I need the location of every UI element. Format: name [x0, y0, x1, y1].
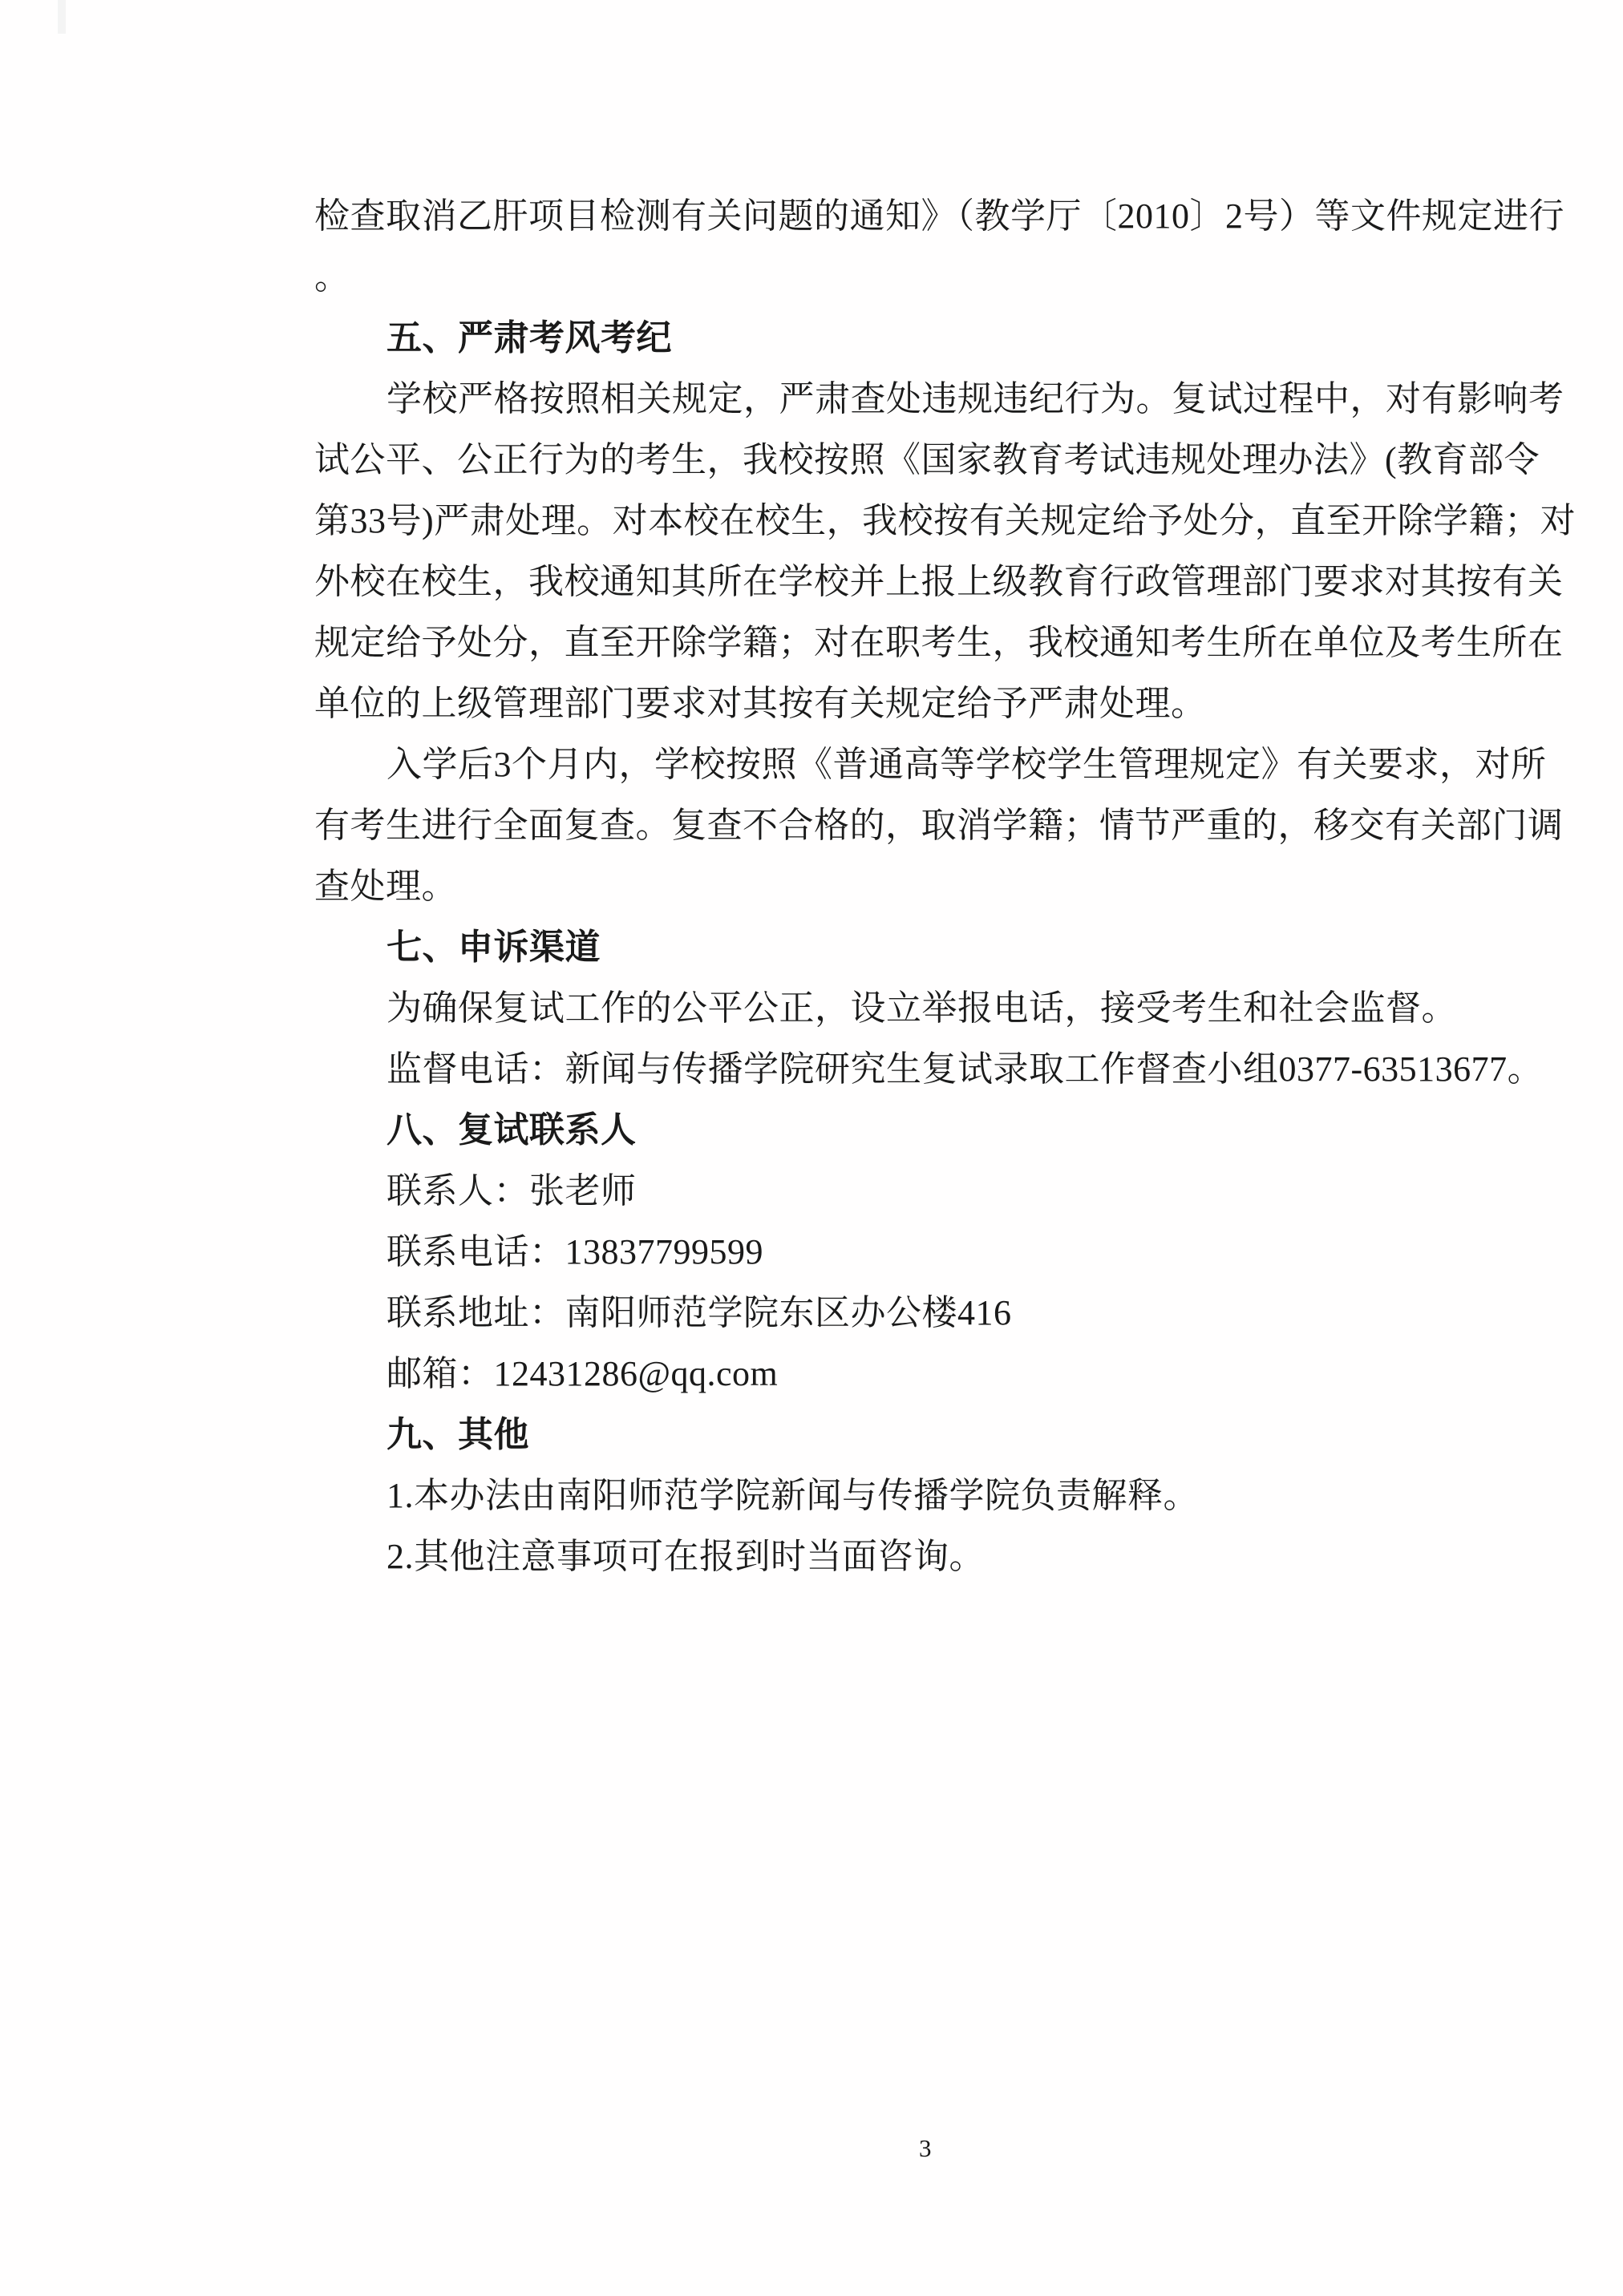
text-line: 监督电话：新闻与传播学院研究生复试录取工作督查小组0377-63513677。 [314, 1039, 1487, 1100]
text-line: 单位的上级管理部门要求对其按有关规定给予严肃处理。 [314, 673, 1487, 734]
text-line: 第33号)严肃处理。对本校在校生，我校按有关规定给予处分，直至开除学籍；对 [314, 491, 1487, 552]
text-line: 2.其他注意事项可在报到时当面咨询。 [314, 1526, 1487, 1587]
text-line: 联系电话：13837799599 [314, 1222, 1487, 1283]
text-line: 有考生进行全面复查。复查不合格的，取消学籍；情节严重的，移交有关部门调 [314, 795, 1487, 856]
text-line: 学校严格按照相关规定，严肃查处违规违纪行为。复试过程中，对有影响考 [314, 369, 1487, 430]
section-heading: 九、其他 [314, 1405, 1487, 1465]
text-line: 规定给予处分，直至开除学籍；对在职考生，我校通知考生所在单位及考生所在 [314, 612, 1487, 673]
scan-artifact [58, 0, 66, 34]
text-line: 查处理。 [314, 856, 1487, 917]
section-heading: 八、复试联系人 [314, 1100, 1487, 1161]
document-page: 检查取消乙肝项目检测有关问题的通知》（教学厅〔2010〕2号）等文件规定进行。五… [0, 0, 1623, 2296]
document-body: 检查取消乙肝项目检测有关问题的通知》（教学厅〔2010〕2号）等文件规定进行。五… [314, 186, 1487, 1587]
text-line: 为确保复试工作的公平公正，设立举报电话，接受考生和社会监督。 [314, 978, 1487, 1039]
text-line: 邮箱：12431286@qq.com [314, 1344, 1487, 1405]
text-line: 入学后3个月内，学校按照《普通高等学校学生管理规定》有关要求，对所 [314, 734, 1487, 795]
section-heading: 五、严肃考风考纪 [314, 308, 1487, 369]
page-number: 3 [919, 2134, 932, 2163]
text-line: 。 [314, 247, 1487, 308]
text-line: 外校在校生，我校通知其所在学校并上报上级教育行政管理部门要求对其按有关 [314, 552, 1487, 612]
text-line: 联系人：张老师 [314, 1161, 1487, 1222]
text-line: 联系地址：南阳师范学院东区办公楼416 [314, 1283, 1487, 1344]
text-line: 试公平、公正行为的考生，我校按照《国家教育考试违规处理办法》(教育部令 [314, 430, 1487, 491]
section-heading: 七、申诉渠道 [314, 917, 1487, 978]
text-line: 检查取消乙肝项目检测有关问题的通知》（教学厅〔2010〕2号）等文件规定进行 [314, 186, 1487, 247]
text-line: 1.本办法由南阳师范学院新闻与传播学院负责解释。 [314, 1465, 1487, 1526]
